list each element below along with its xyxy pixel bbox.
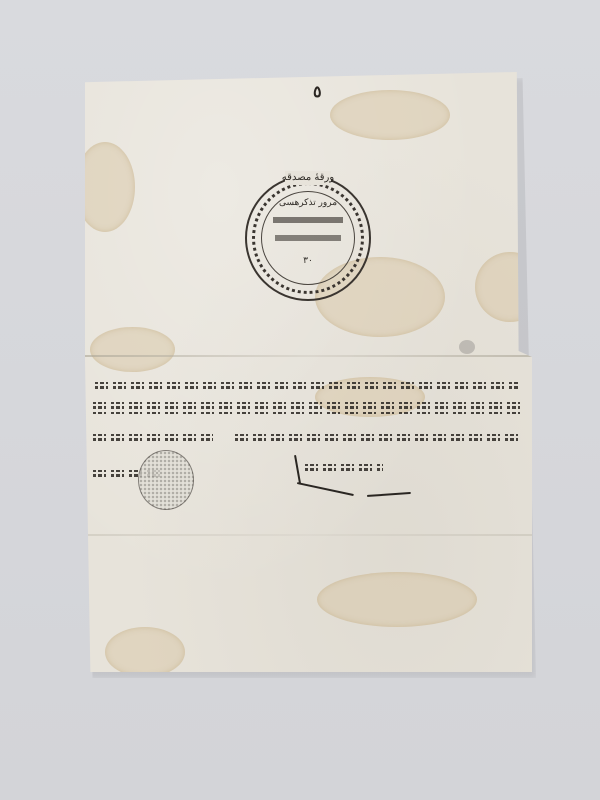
- stamp-text-line: [269, 235, 347, 244]
- document-paper: ٥ ورقهٔ مصدقه مرور تذكرهسى ٣٠: [85, 72, 532, 672]
- fold-line: [85, 534, 532, 536]
- signature-stroke: [367, 492, 411, 497]
- stamp-text-line: مرور تذكرهسى: [269, 199, 347, 208]
- fold-line: [85, 355, 532, 357]
- stain: [90, 327, 175, 372]
- handwritten-line-3b: [93, 434, 213, 444]
- stain: [85, 142, 135, 232]
- signature-stroke: [294, 455, 301, 485]
- stamp-text-line: ٣٠: [269, 257, 347, 266]
- handwritten-line-2: [93, 402, 523, 414]
- handwritten-line-3: [235, 434, 520, 444]
- handwritten-line-1: [95, 382, 520, 392]
- oval-seal: [138, 450, 194, 510]
- ink-spot: [459, 340, 475, 354]
- stain: [330, 90, 450, 140]
- signature-stroke: [297, 482, 354, 496]
- stain: [105, 627, 185, 672]
- signature-date: [305, 464, 383, 474]
- stamp-text-line: ورقهٔ مصدقه: [269, 173, 347, 183]
- circular-stamp: ورقهٔ مصدقه مرور تذكرهسى ٣٠: [245, 175, 371, 301]
- stamp-text-line: [269, 217, 347, 226]
- stain: [317, 572, 477, 627]
- page-number: ٥: [313, 82, 322, 101]
